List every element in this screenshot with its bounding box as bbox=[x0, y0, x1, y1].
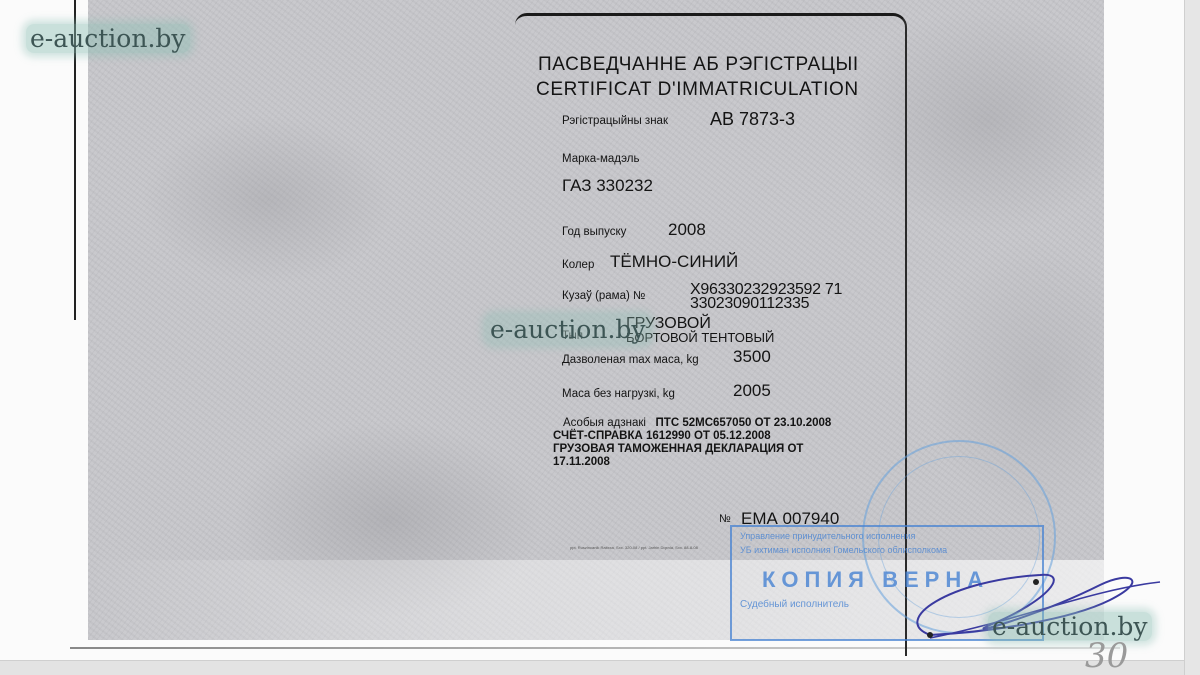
body-frame-label: Кузаў (рама) № bbox=[562, 290, 645, 302]
color-label: Колер bbox=[562, 259, 594, 271]
scanner-edge-bottom bbox=[0, 660, 1184, 675]
unladen-mass-label: Маса без нагрузкі, kg bbox=[562, 388, 675, 400]
printer-info: ppt. Ruszincanik Raitxxa, Sxx. 320-08 / … bbox=[570, 545, 698, 550]
special-notes: Асобыя адзнакі ПТС 52МС657050 ОТ 23.10.2… bbox=[553, 417, 831, 469]
year-label: Год выпуску bbox=[562, 226, 626, 238]
stamp-line-2: УБ ихтиман исполния Гомельского облиспол… bbox=[740, 545, 947, 555]
special-notes-line-2: СЧЁТ-СПРАВКА 1612990 ОТ 05.12.2008 bbox=[553, 430, 831, 443]
max-mass-value: 3500 bbox=[733, 347, 771, 367]
make-model-value: ГАЗ 330232 bbox=[562, 176, 653, 196]
doc-number-sign: № bbox=[719, 513, 731, 525]
unladen-mass-value: 2005 bbox=[733, 381, 771, 401]
max-mass-label: Дазволеная max маса, kg bbox=[562, 354, 699, 366]
stamp-line-1: Управление принудительного исполнения bbox=[740, 531, 915, 541]
scanner-edge-right bbox=[1184, 0, 1200, 675]
watermark-center: e-auction.by bbox=[486, 315, 650, 344]
special-notes-label: Асобыя адзнакі bbox=[563, 417, 646, 429]
special-notes-line-4: 17.11.2008 bbox=[553, 456, 831, 469]
stamp-sub-text: Судебный исполнитель bbox=[740, 599, 849, 610]
special-notes-line-1: ПТС 52МС657050 ОТ 23.10.2008 bbox=[656, 417, 832, 429]
make-model-label: Марка-мадэль bbox=[562, 153, 639, 165]
page-number: 30 bbox=[1085, 636, 1128, 675]
year-value: 2008 bbox=[668, 220, 706, 240]
color-value: ТЁМНО-СИНИЙ bbox=[610, 252, 738, 272]
certificate-title-be: ПАСВЕДЧАННЕ АБ РЭГІСТРАЦЫІ bbox=[538, 54, 859, 76]
special-notes-line-3: ГРУЗОВАЯ ТАМОЖЕННАЯ ДЕКЛАРАЦИЯ ОТ bbox=[553, 443, 831, 456]
body-frame-value-2: 33023090112335 bbox=[690, 295, 809, 313]
certificate-title-fr: CERTIFICAT D'IMMATRICULATION bbox=[536, 79, 859, 101]
registration-value: АВ 7873-3 bbox=[710, 109, 795, 130]
registration-label: Рэгістрацыйны знак bbox=[562, 115, 668, 127]
watermark-top-left: e-auction.by bbox=[26, 24, 190, 53]
